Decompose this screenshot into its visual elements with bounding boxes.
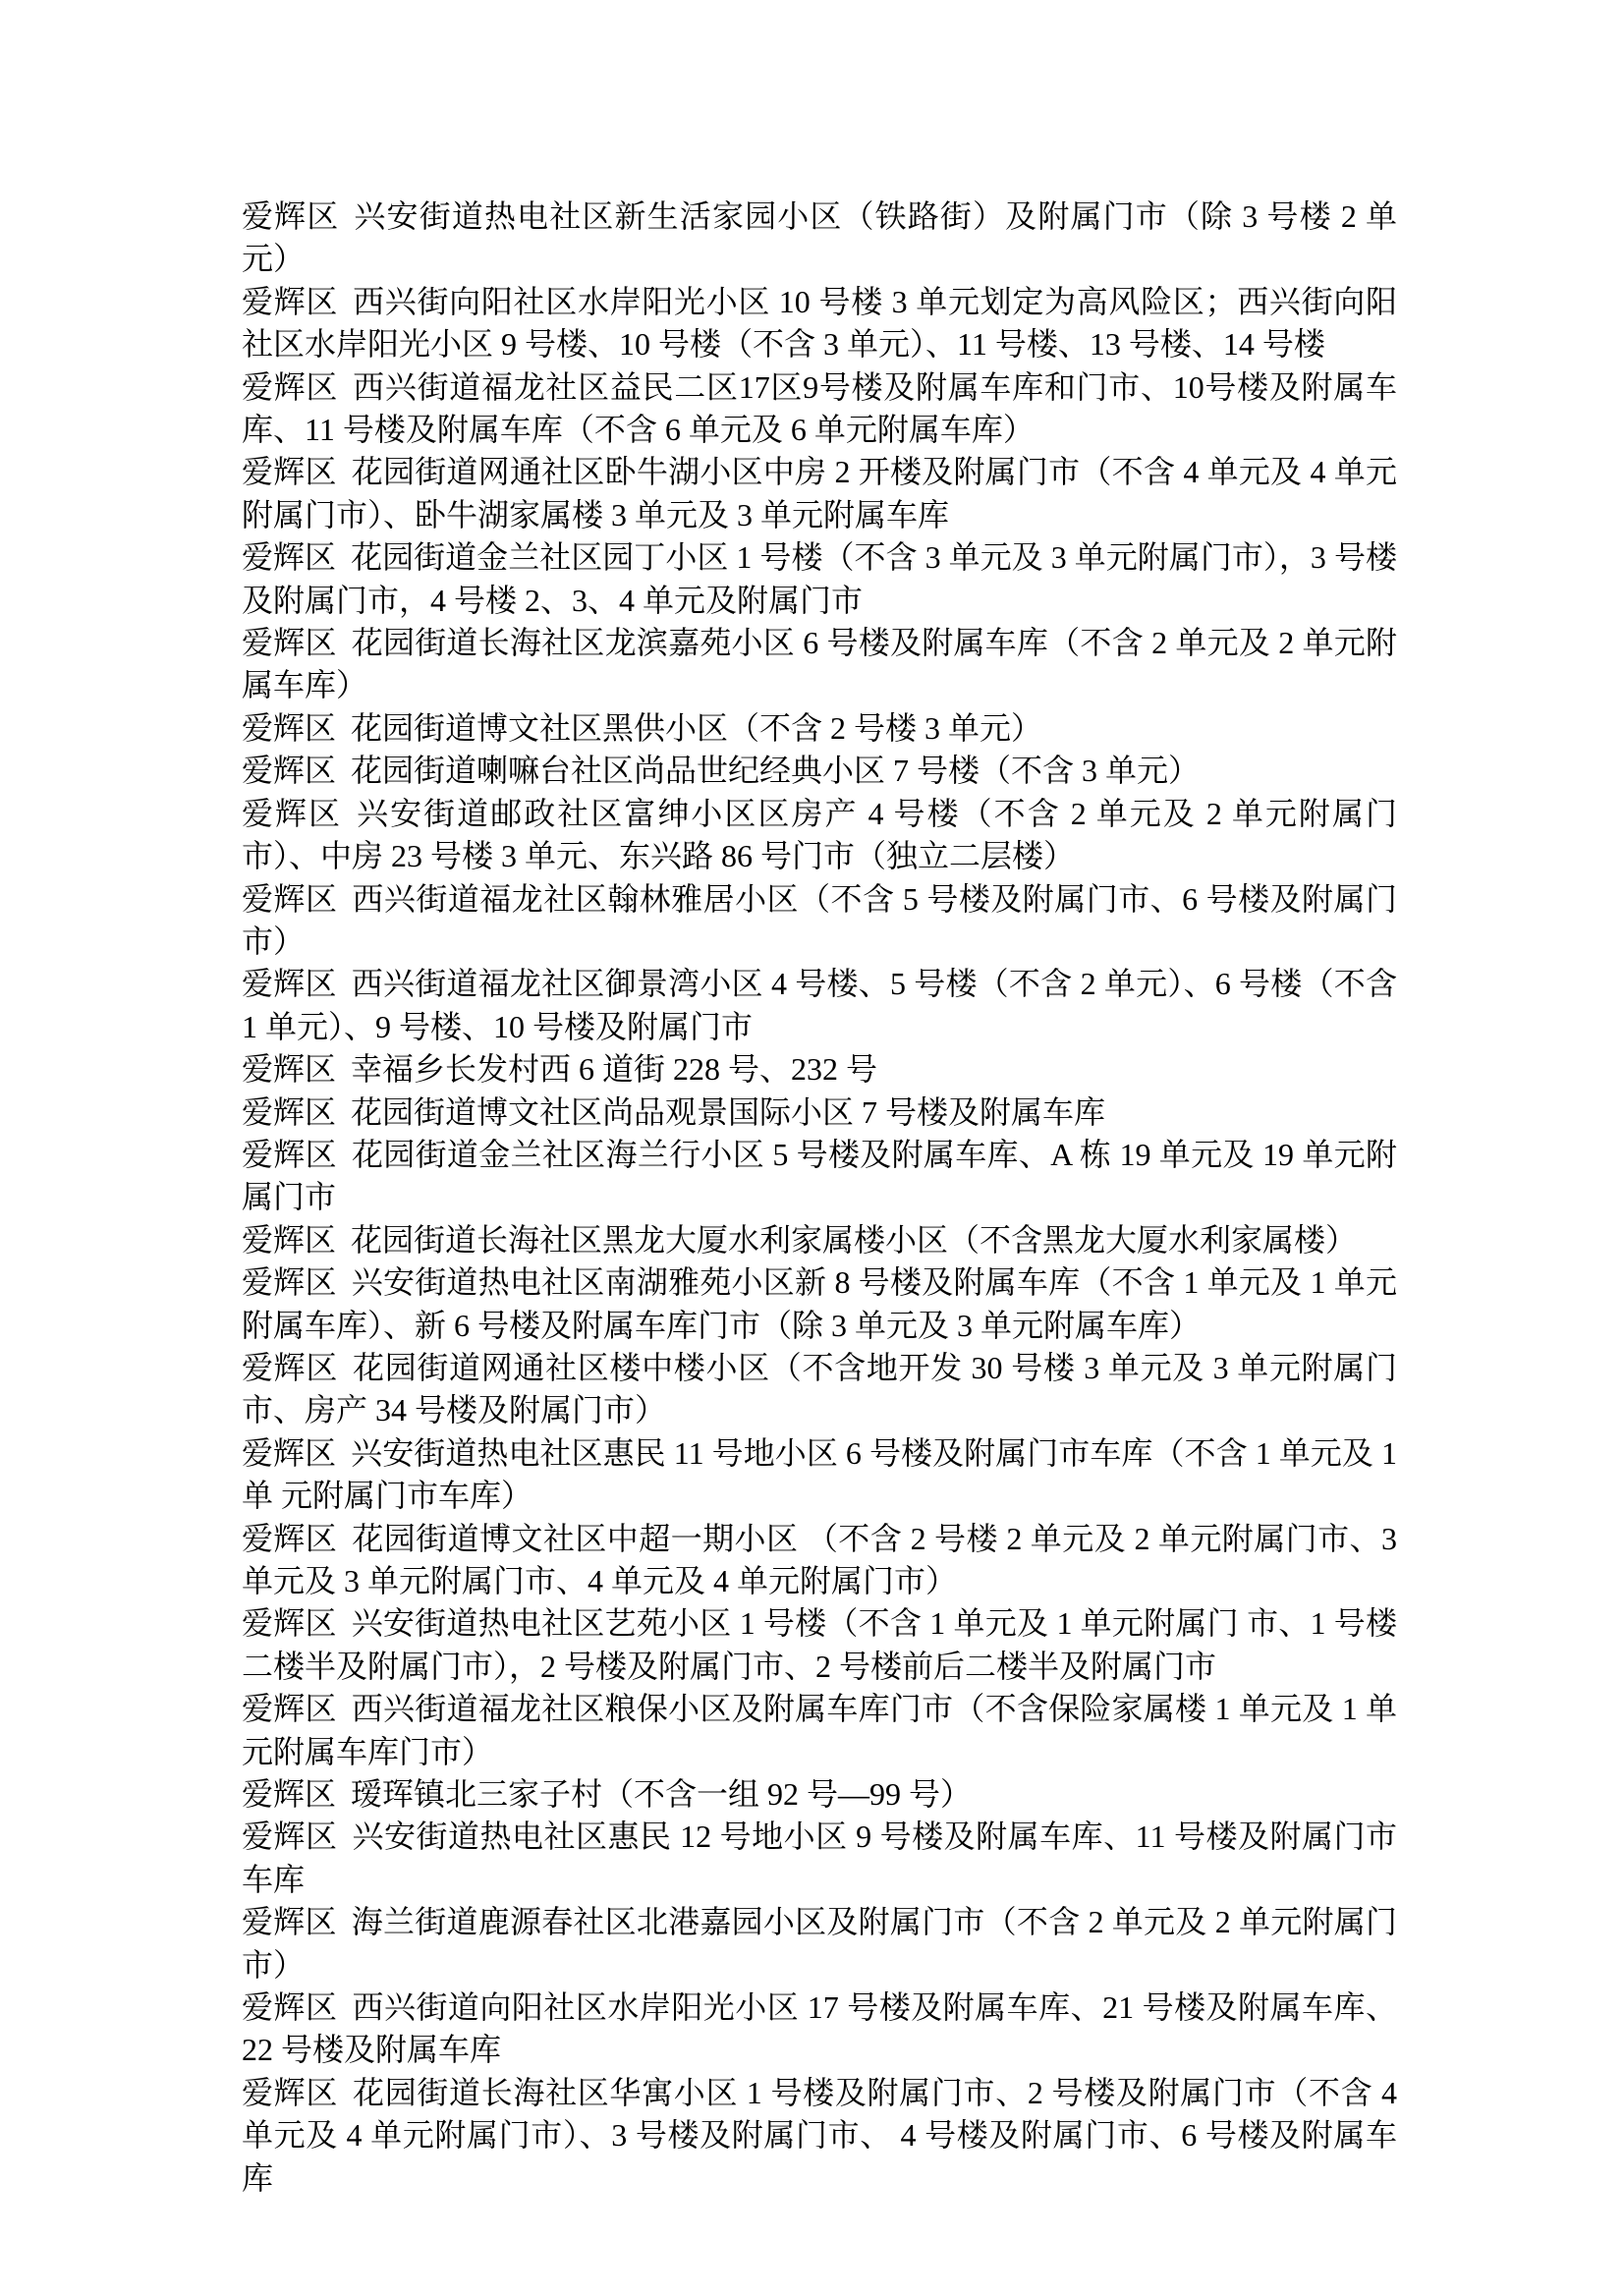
risk-area-entry: 爱辉区花园街道长海社区华寓小区 1 号楼及附属门市、2 号楼及附属门市（不含 4… — [242, 2072, 1397, 2200]
risk-area-entry: 爱辉区花园街道长海社区黑龙大厦水利家属楼小区（不含黑龙大厦水利家属楼） — [242, 1219, 1397, 1261]
entry-text: 西兴街道向阳社区水岸阳光小区 17 号楼及附属车库、21 号楼及附属车库、22 … — [242, 1989, 1397, 2067]
entry-text: 花园街道金兰社区海兰行小区 5 号楼及附属车库、A 栋 19 单元及 19 单元… — [242, 1137, 1397, 1214]
entry-text: 花园街道网通社区卧牛湖小区中房 2 开楼及附属门市（不含 4 单元及 4 单元附… — [242, 454, 1397, 532]
risk-area-entry: 爱辉区兴安街道邮政社区富绅小区区房产 4 号楼（不含 2 单元及 2 单元附属门… — [242, 793, 1397, 878]
risk-area-entry: 爱辉区瑷珲镇北三家子村（不含一组 92 号—99 号） — [242, 1773, 1397, 1816]
district-label: 爱辉区 — [242, 881, 337, 917]
risk-area-list: 爱辉区兴安街道热电社区新生活家园小区（铁路街）及附属门市（除 3 号楼 2 单元… — [242, 196, 1397, 2200]
district-label: 爱辉区 — [242, 1776, 336, 1812]
district-label: 爱辉区 — [242, 284, 338, 319]
district-label: 爱辉区 — [242, 198, 339, 234]
entry-text: 瑷珲镇北三家子村（不含一组 92 号—99 号） — [351, 1776, 972, 1812]
district-label: 爱辉区 — [242, 796, 342, 831]
risk-area-entry: 爱辉区西兴街道福龙社区益民二区17区9号楼及附属车库和门市、10号楼及附属车库、… — [242, 366, 1397, 452]
district-label: 爱辉区 — [242, 1222, 336, 1258]
district-label: 爱辉区 — [242, 1264, 337, 1300]
entry-text: 西兴街道福龙社区翰林雅居小区（不含 5 号楼及附属门市、6 号楼及附属门市） — [242, 881, 1397, 959]
district-label: 爱辉区 — [242, 710, 336, 746]
risk-area-entry: 爱辉区海兰街道鹿源春社区北港嘉园小区及附属门市（不含 2 单元及 2 单元附属门… — [242, 1901, 1397, 1987]
entry-text: 花园街道博文社区黑供小区（不含 2 号楼 3 单元） — [351, 710, 1042, 746]
district-label: 爱辉区 — [242, 539, 336, 575]
risk-area-entry: 爱辉区西兴街向阳社区水岸阳光小区 10 号楼 3 单元划定为高风险区；西兴街向阳… — [242, 281, 1397, 366]
entry-text: 花园街道长海社区华寓小区 1 号楼及附属门市、2 号楼及附属门市（不含 4 单元… — [242, 2075, 1397, 2196]
district-label: 爱辉区 — [242, 1094, 336, 1130]
entry-text: 西兴街道福龙社区御景湾小区 4 号楼、5 号楼（不含 2 单元）、6 号楼（不含… — [242, 966, 1397, 1043]
district-label: 爱辉区 — [242, 625, 337, 660]
risk-area-entry: 爱辉区西兴街道福龙社区翰林雅居小区（不含 5 号楼及附属门市、6 号楼及附属门市… — [242, 878, 1397, 964]
district-label: 爱辉区 — [242, 1051, 336, 1087]
risk-area-entry: 爱辉区幸福乡长发村西 6 道街 228 号、232 号 — [242, 1048, 1397, 1091]
district-label: 爱辉区 — [242, 753, 336, 788]
risk-area-entry: 爱辉区花园街道网通社区卧牛湖小区中房 2 开楼及附属门市（不含 4 单元及 4 … — [242, 451, 1397, 536]
entry-text: 西兴街道福龙社区粮保小区及附属车库门市（不含保险家属楼 1 单元及 1 单元附属… — [242, 1691, 1397, 1768]
district-label: 爱辉区 — [242, 1904, 337, 1939]
entry-text: 海兰街道鹿源春社区北港嘉园小区及附属门市（不含 2 单元及 2 单元附属门市） — [242, 1904, 1397, 1982]
entry-text: 花园街道喇嘛台社区尚品世纪经典小区 7 号楼（不含 3 单元） — [351, 753, 1200, 788]
entry-text: 西兴街道福龙社区益民二区17区9号楼及附属车库和门市、10号楼及附属车库、11 … — [242, 369, 1397, 447]
district-label: 爱辉区 — [242, 1350, 338, 1385]
district-label: 爱辉区 — [242, 1605, 337, 1641]
entry-text: 兴安街道热电社区南湖雅苑小区新 8 号楼及附属车库（不含 1 单元及 1 单元附… — [242, 1264, 1397, 1342]
entry-text: 兴安街道邮政社区富绅小区区房产 4 号楼（不含 2 单元及 2 单元附属门市）、… — [242, 796, 1397, 873]
entry-text: 花园街道博文社区尚品观景国际小区 7 号楼及附属车库 — [351, 1094, 1105, 1130]
risk-area-entry: 爱辉区花园街道金兰社区园丁小区 1 号楼（不含 3 单元及 3 单元附属门市），… — [242, 536, 1397, 622]
district-label: 爱辉区 — [242, 1989, 337, 2025]
entry-text: 兴安街道热电社区新生活家园小区（铁路街）及附属门市（除 3 号楼 2 单元） — [242, 198, 1397, 276]
risk-area-entry: 爱辉区兴安街道热电社区新生活家园小区（铁路街）及附属门市（除 3 号楼 2 单元… — [242, 196, 1397, 281]
risk-area-entry: 爱辉区花园街道喇嘛台社区尚品世纪经典小区 7 号楼（不含 3 单元） — [242, 750, 1397, 792]
risk-area-entry: 爱辉区西兴街道向阳社区水岸阳光小区 17 号楼及附属车库、21 号楼及附属车库、… — [242, 1987, 1397, 2072]
risk-area-entry: 爱辉区花园街道网通社区楼中楼小区（不含地开发 30 号楼 3 单元及 3 单元附… — [242, 1347, 1397, 1432]
risk-area-entry: 爱辉区花园街道博文社区中超一期小区 （不含 2 号楼 2 单元及 2 单元附属门… — [242, 1518, 1397, 1603]
district-label: 爱辉区 — [242, 1691, 337, 1726]
district-label: 爱辉区 — [242, 369, 338, 405]
district-label: 爱辉区 — [242, 1435, 336, 1471]
risk-area-entry: 爱辉区花园街道博文社区黑供小区（不含 2 号楼 3 单元） — [242, 707, 1397, 750]
district-label: 爱辉区 — [242, 966, 337, 1001]
risk-area-entry: 爱辉区兴安街道热电社区惠民 11 号地小区 6 号楼及附属门市车库（不含 1 单… — [242, 1432, 1397, 1518]
entry-text: 花园街道金兰社区园丁小区 1 号楼（不含 3 单元及 3 单元附属门市），3 号… — [242, 539, 1397, 617]
risk-area-entry: 爱辉区花园街道博文社区尚品观景国际小区 7 号楼及附属车库 — [242, 1092, 1397, 1134]
risk-area-entry: 爱辉区西兴街道福龙社区粮保小区及附属车库门市（不含保险家属楼 1 单元及 1 单… — [242, 1688, 1397, 1773]
risk-area-entry: 爱辉区花园街道长海社区龙滨嘉苑小区 6 号楼及附属车库（不含 2 单元及 2 单… — [242, 622, 1397, 707]
district-label: 爱辉区 — [242, 454, 337, 489]
risk-area-entry: 爱辉区兴安街道热电社区艺苑小区 1 号楼（不含 1 单元及 1 单元附属门 市、… — [242, 1602, 1397, 1688]
district-label: 爱辉区 — [242, 1521, 337, 1556]
entry-text: 兴安街道热电社区惠民 12 号地小区 9 号楼及附属车库、11 号楼及附属门市车… — [242, 1819, 1397, 1896]
risk-area-entry: 爱辉区兴安街道热电社区南湖雅苑小区新 8 号楼及附属车库（不含 1 单元及 1 … — [242, 1261, 1397, 1347]
entry-text: 兴安街道热电社区艺苑小区 1 号楼（不含 1 单元及 1 单元附属门 市、1 号… — [242, 1605, 1397, 1683]
risk-area-entry: 爱辉区花园街道金兰社区海兰行小区 5 号楼及附属车库、A 栋 19 单元及 19… — [242, 1134, 1397, 1219]
district-label: 爱辉区 — [242, 2075, 338, 2110]
risk-area-entry: 爱辉区西兴街道福龙社区御景湾小区 4 号楼、5 号楼（不含 2 单元）、6 号楼… — [242, 963, 1397, 1048]
entry-text: 幸福乡长发村西 6 道街 228 号、232 号 — [351, 1051, 877, 1087]
district-label: 爱辉区 — [242, 1819, 338, 1854]
entry-text: 兴安街道热电社区惠民 11 号地小区 6 号楼及附属门市车库（不含 1 单元及 … — [242, 1435, 1397, 1513]
entry-text: 西兴街向阳社区水岸阳光小区 10 号楼 3 单元划定为高风险区；西兴街向阳社区水… — [242, 284, 1397, 362]
district-label: 爱辉区 — [242, 1137, 337, 1172]
risk-area-entry: 爱辉区兴安街道热电社区惠民 12 号地小区 9 号楼及附属车库、11 号楼及附属… — [242, 1816, 1397, 1901]
document-page: 爱辉区兴安街道热电社区新生活家园小区（铁路街）及附属门市（除 3 号楼 2 单元… — [0, 0, 1624, 2295]
entry-text: 花园街道网通社区楼中楼小区（不含地开发 30 号楼 3 单元及 3 单元附属门市… — [242, 1350, 1397, 1427]
entry-text: 花园街道长海社区黑龙大厦水利家属楼小区（不含黑龙大厦水利家属楼） — [351, 1222, 1357, 1258]
entry-text: 花园街道博文社区中超一期小区 （不含 2 号楼 2 单元及 2 单元附属门市、3… — [242, 1521, 1397, 1598]
entry-text: 花园街道长海社区龙滨嘉苑小区 6 号楼及附属车库（不含 2 单元及 2 单元附属… — [242, 625, 1397, 702]
